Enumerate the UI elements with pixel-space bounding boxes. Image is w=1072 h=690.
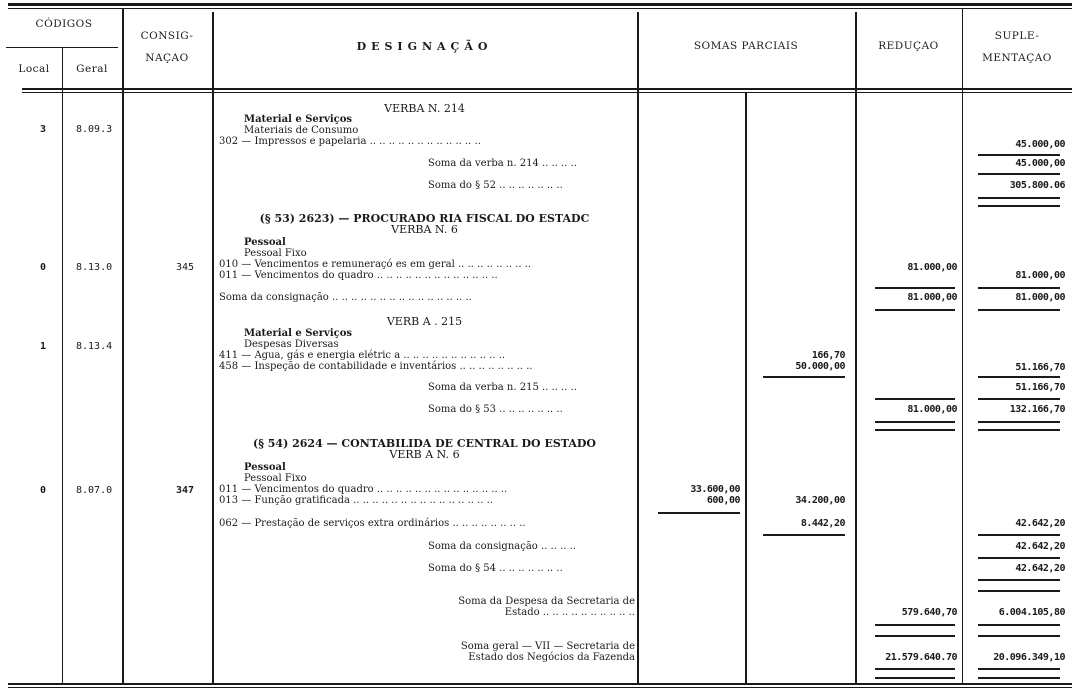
items-suplementacao: 51.166,70 — [965, 362, 1065, 373]
header-reducao: REDUÇAO — [855, 40, 962, 52]
bottom-rule-thin — [8, 687, 1072, 688]
rule — [875, 668, 955, 670]
header-geral: Geral — [62, 63, 122, 75]
rule — [978, 173, 1060, 175]
rule — [978, 668, 1060, 670]
rule — [978, 309, 1060, 311]
soma-par-53-label: Soma do § 53 .. .. .. .. .. .. .. — [428, 404, 563, 415]
col-divider-geral-consig — [122, 8, 124, 683]
soma-despesa-label-2: Estado .. .. .. .. .. .. .. .. .. .. — [428, 607, 635, 618]
rule — [978, 429, 1060, 431]
category: Material e Serviços — [244, 328, 352, 339]
item-302-suplementacao: 45.000,00 — [965, 139, 1065, 150]
header-somas-parciais: SOMAS PARCIAIS — [637, 40, 855, 52]
item-458: 458 — Inspeção de contabilidade e invent… — [219, 361, 533, 372]
rule — [875, 287, 955, 289]
rule — [875, 624, 955, 626]
consignacao-code: 345 — [176, 262, 194, 273]
subcategory: Materiais de Consumo — [244, 125, 358, 136]
item-011: 011 — Vencimentos do quadro .. .. .. .. … — [219, 484, 507, 495]
col-divider-local-geral — [62, 48, 63, 683]
rule — [978, 287, 1060, 289]
header-bottom-rule — [22, 88, 1072, 90]
top-rule-thin — [8, 8, 1072, 9]
soma-despesa-suplementacao: 6.004.105,80 — [965, 607, 1065, 618]
soma-verba-214-label: Soma da verba n. 214 .. .. .. .. — [428, 158, 577, 169]
header-consignacao-1: CONSIG- — [122, 30, 212, 42]
soma-par-54-suplementacao: 42.642,20 — [965, 563, 1065, 574]
item-013-parcial: 600,00 — [637, 495, 740, 506]
rule — [978, 197, 1060, 199]
soma-verba-215-label: Soma da verba n. 215 .. .. .. .. — [428, 382, 577, 393]
header-codigos: CÓDIGOS — [10, 18, 118, 30]
item-010: 010 — Vencimentos e remuneraçó es em ger… — [219, 259, 531, 270]
item-011: 011 — Vencimentos do quadro .. .. .. .. … — [219, 270, 498, 281]
soma-par-52-label: Soma do § 52 .. .. .. .. .. .. .. — [428, 180, 563, 191]
rule — [875, 398, 955, 400]
verba-215-title: VERB A . 215 — [212, 316, 637, 327]
soma-geral-label-2: Estado dos Negócios da Fazenda — [420, 652, 635, 663]
verba-title: VERBA N. 214 — [212, 103, 637, 114]
item-062-suplementacao: 42.642,20 — [965, 518, 1065, 529]
soma-par-53-reducao: 81.000,00 — [855, 404, 957, 415]
soma-verba-215-suplementacao: 51.166,70 — [965, 382, 1065, 393]
header-designacao: DESIGNAÇÃO — [212, 40, 637, 53]
item-011-parcial: 33.600,00 — [637, 484, 740, 495]
rule — [978, 677, 1060, 679]
item-302: 302 — Impressos e papelaria .. .. .. .. … — [219, 136, 481, 147]
verba-6-title: VERBA N. 6 — [212, 224, 637, 235]
rule — [978, 376, 1060, 378]
header-local: Local — [6, 63, 62, 75]
rule — [875, 677, 955, 679]
col-divider-somas-reducao — [855, 12, 857, 683]
soma-verba-214-suplementacao: 45.000,00 — [965, 158, 1065, 169]
soma-geral-label-1: Soma geral — VII — Secretaria de — [420, 641, 635, 652]
item-010-reducao: 81.000,00 — [855, 262, 957, 273]
geral-code: 8.13.4 — [76, 341, 112, 352]
rule — [978, 154, 1060, 156]
local-code: 3 — [40, 124, 46, 135]
local-code: 0 — [40, 262, 46, 273]
rule — [875, 429, 955, 431]
soma-geral-suplementacao: 20.096.349,10 — [965, 652, 1065, 663]
soma-par-54-label: Soma do § 54 .. .. .. .. .. .. .. — [428, 563, 563, 574]
soma-consignacao-reducao: 81.000,00 — [855, 292, 957, 303]
rule — [658, 512, 740, 514]
verba-6-title: VERB A N. 6 — [212, 449, 637, 460]
col-divider-somas-inner — [745, 92, 747, 683]
geral-code: 8.09.3 — [76, 124, 112, 135]
soma-geral-reducao: 21.579.640.70 — [855, 652, 957, 663]
item-062-parcial: 8.442,20 — [745, 518, 845, 529]
geral-code: 8.13.0 — [76, 262, 112, 273]
rule — [978, 624, 1060, 626]
header-bottom-rule-thin — [22, 92, 1072, 93]
rule — [978, 590, 1060, 592]
consignacao-code: 347 — [176, 485, 194, 496]
item-411: 411 — Agua, gás e energia elétric a .. .… — [219, 350, 505, 361]
geral-code: 8.07.0 — [76, 485, 112, 496]
rule — [763, 534, 845, 536]
top-rule — [8, 3, 1072, 6]
rule — [978, 534, 1060, 536]
item-013: 013 — Função gratificada .. .. .. .. .. … — [219, 495, 493, 506]
soma-consignacao-suplementacao: 81.000,00 — [965, 292, 1065, 303]
item-062: 062 — Prestação de serviços extra ordiná… — [219, 518, 526, 529]
col-divider-designacao-somas — [637, 12, 639, 683]
items-subtotal: 34.200,00 — [745, 495, 845, 506]
soma-despesa-label-1: Soma da Despesa da Secretaria de — [428, 596, 635, 607]
soma-consignacao-suplementacao: 42.642,20 — [965, 541, 1065, 552]
rule — [978, 557, 1060, 559]
rule — [875, 309, 955, 311]
category: Material e Serviços — [244, 114, 352, 125]
category: Pessoal — [244, 237, 286, 248]
rule — [978, 421, 1060, 423]
col-divider-reducao-suplementacao — [962, 8, 963, 683]
subcategory: Despesas Diversas — [244, 339, 339, 350]
soma-despesa-reducao: 579.640,70 — [855, 607, 957, 618]
header-suplementacao-1: SUPLE- — [962, 30, 1072, 42]
item-458-parcial: 50.000,00 — [745, 361, 845, 372]
bottom-rule — [8, 683, 1072, 685]
local-code: 1 — [40, 341, 46, 352]
rule — [978, 398, 1060, 400]
subcategory: Pessoal Fixo — [244, 473, 307, 484]
soma-par-52-suplementacao: 305.800.06 — [965, 180, 1065, 191]
item-411-parcial: 166,70 — [745, 350, 845, 361]
rule — [978, 635, 1060, 637]
category: Pessoal — [244, 462, 286, 473]
item-011-suplementacao: 81.000,00 — [965, 270, 1065, 281]
header-suplementacao-2: MENTAÇAO — [962, 52, 1072, 64]
rule — [978, 579, 1060, 581]
rule — [763, 376, 845, 378]
rule — [978, 205, 1060, 207]
subcategory: Pessoal Fixo — [244, 248, 307, 259]
local-code: 0 — [40, 485, 46, 496]
rule — [875, 421, 955, 423]
soma-consignacao-label: Soma da consignação .. .. .. .. .. .. ..… — [219, 292, 472, 303]
rule — [875, 635, 955, 637]
header-consignacao-2: NAÇAO — [122, 52, 212, 64]
soma-consignacao-label: Soma da consignação .. .. .. .. — [428, 541, 576, 552]
soma-par-53-suplementacao: 132.166,70 — [965, 404, 1065, 415]
